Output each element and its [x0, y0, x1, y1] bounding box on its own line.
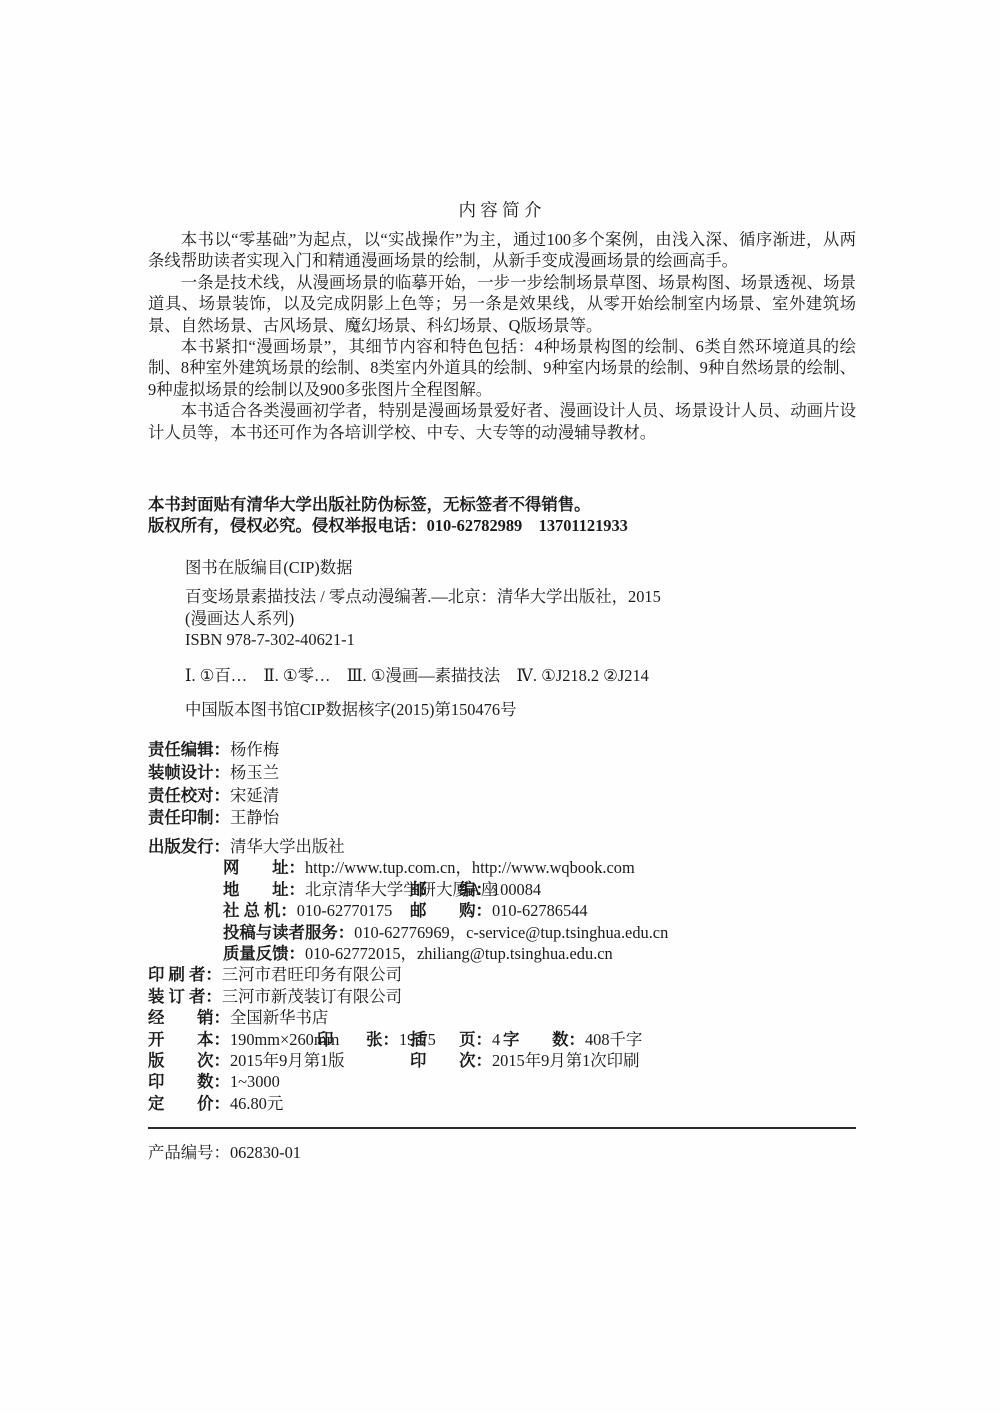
words-pair: 字 数：408千字	[503, 1029, 642, 1050]
product-number-row: 产品编号：062830-01	[148, 1139, 301, 1163]
inserts-value: 4	[492, 1030, 500, 1049]
zip-value: 100084	[492, 880, 541, 899]
switchboard-value: 010-62770175	[297, 901, 393, 920]
words-label: 字 数：	[503, 1030, 585, 1049]
staff-label: 责任校对：	[148, 786, 230, 805]
intro-paragraph-2: 一条是技术线，从漫画场景的临摹开始，一步一步绘制场景草图、场景构图、场景透视、场…	[148, 272, 856, 336]
edition-row: 版 次：2015年9月第1版 印 次：2015年9月第1次印刷	[148, 1050, 858, 1071]
switchboard-label: 社 总 机：	[223, 901, 297, 920]
copyright-page: 内 容 简 介 本书以“零基础”为起点，以“实战操作”为主，通过100多个案例，…	[0, 0, 1000, 1414]
cip-isbn-line: ISBN 978-7-302-40621-1	[185, 629, 661, 651]
staff-value: 杨玉兰	[230, 763, 279, 782]
zip-label: 邮 编：	[410, 880, 492, 899]
product-number-value: 062830-01	[230, 1143, 301, 1162]
inserts-label: 插 页：	[410, 1030, 492, 1049]
reader-service-row: 投稿与读者服务：010-62776969，c-service@tup.tsing…	[148, 922, 858, 943]
print-run-value: 1~3000	[230, 1072, 280, 1091]
cip-record-number: 中国版本图书馆CIP数据核字(2015)第150476号	[185, 696, 516, 720]
cip-series-line: (漫画达人系列)	[185, 608, 661, 630]
binder-label: 装 订 者：	[148, 987, 222, 1006]
price-label: 定 价：	[148, 1094, 230, 1113]
website-value: http://www.tup.com.cn，http://www.wqbook.…	[305, 858, 635, 877]
format-row: 开 本：190mm×260mm 印 张：19.75 插 页：4 字 数：408千…	[148, 1029, 858, 1050]
edition-label: 版 次：	[148, 1051, 230, 1070]
staff-value: 杨作梅	[230, 740, 279, 759]
cip-body: 百变场景素描技法 / 零点动漫编著.—北京：清华大学出版社，2015 (漫画达人…	[185, 586, 661, 651]
inserts-pair: 插 页：4	[410, 1029, 500, 1050]
switchboard-row: 社 总 机：010-62770175 邮 购：010-62786544	[148, 900, 858, 921]
publisher-label: 出版发行：	[148, 837, 230, 856]
content-intro-section: 本书以“零基础”为起点，以“实战操作”为主，通过100多个案例，由浅入深、循序渐…	[148, 229, 856, 443]
intro-paragraph-3: 本书紧扣“漫画场景”，其细节内容和特色包括：4种场景构图的绘制、6类自然环境道具…	[148, 336, 856, 400]
printer-value: 三河市君旺印务有限公司	[222, 965, 402, 984]
mailorder-pair: 邮 购：010-62786544	[410, 900, 588, 921]
print-run-label: 印 数：	[148, 1072, 230, 1091]
binder-value: 三河市新茂装订有限公司	[222, 987, 402, 1006]
staff-credits: 责任编辑：杨作梅 装帧设计：杨玉兰 责任校对：宋延清 责任印制：王静怡	[148, 739, 279, 830]
anti-piracy-notice: 本书封面贴有清华大学出版社防伪标签，无标签者不得销售。 版权所有，侵权必究。侵权…	[148, 494, 856, 536]
quality-feedback-row: 质量反馈：010-62772015，zhiliang@tup.tsinghua.…	[148, 943, 858, 964]
staff-row-print-supervisor: 责任印制：王静怡	[148, 807, 279, 830]
impression-value: 2015年9月第1次印刷	[492, 1051, 640, 1070]
price-row: 定 价：46.80元	[148, 1093, 858, 1114]
quality-feedback-value: 010-62772015，zhiliang@tup.tsinghua.edu.c…	[305, 944, 613, 963]
staff-row-editor: 责任编辑：杨作梅	[148, 739, 279, 762]
reader-service-label: 投稿与读者服务：	[223, 923, 354, 942]
quality-feedback-label: 质量反馈：	[223, 944, 305, 963]
zip-pair: 邮 编：100084	[410, 879, 541, 900]
cip-heading: 图书在版编目(CIP)数据	[185, 554, 353, 578]
publisher-name: 清华大学出版社	[230, 837, 345, 856]
mailorder-label: 邮 购：	[410, 901, 492, 920]
staff-row-proofreader: 责任校对：宋延清	[148, 785, 279, 808]
staff-value: 王静怡	[230, 808, 279, 827]
publication-details: 出版发行：清华大学出版社 网 址：http://www.tup.com.cn，h…	[148, 836, 858, 1114]
product-number-label: 产品编号：	[148, 1143, 230, 1162]
edition-value: 2015年9月第1版	[230, 1051, 345, 1070]
binder-row: 装 订 者：三河市新茂装订有限公司	[148, 986, 858, 1007]
price-value: 46.80元	[230, 1094, 283, 1113]
staff-label: 责任印制：	[148, 808, 230, 827]
page-title: 内 容 简 介	[0, 197, 1000, 222]
website-label: 网 址：	[223, 858, 305, 877]
cip-classification-line: Ⅰ. ①百… Ⅱ. ①零… Ⅲ. ①漫画—素描技法 Ⅳ. ①J218.2 ②J2…	[185, 662, 649, 686]
impression-label: 印 次：	[410, 1051, 492, 1070]
anti-counterfeit-line: 本书封面贴有清华大学出版社防伪标签，无标签者不得销售。	[148, 494, 856, 515]
sheets-label: 印 张：	[317, 1030, 399, 1049]
intro-paragraph-1: 本书以“零基础”为起点，以“实战操作”为主，通过100多个案例，由浅入深、循序渐…	[148, 229, 856, 272]
words-value: 408千字	[585, 1030, 642, 1049]
publisher-row: 出版发行：清华大学出版社	[148, 836, 858, 857]
reader-service-value: 010-62776969，c-service@tup.tsinghua.edu.…	[354, 923, 668, 942]
intro-paragraph-4: 本书适合各类漫画初学者，特别是漫画场景爱好者、漫画设计人员、场景设计人员、动画片…	[148, 400, 856, 443]
printer-row: 印 刷 者：三河市君旺印务有限公司	[148, 964, 858, 985]
distributor-value: 全国新华书店	[230, 1008, 328, 1027]
print-run-row: 印 数：1~3000	[148, 1071, 858, 1092]
mailorder-value: 010-62786544	[492, 901, 588, 920]
cip-title-line: 百变场景素描技法 / 零点动漫编著.—北京：清华大学出版社，2015	[185, 586, 661, 608]
address-row: 地 址：北京清华大学学研大厦A座 邮 编：100084	[148, 879, 858, 900]
impression-pair: 印 次：2015年9月第1次印刷	[410, 1050, 639, 1071]
format-label: 开 本：	[148, 1030, 230, 1049]
staff-row-designer: 装帧设计：杨玉兰	[148, 762, 279, 785]
staff-value: 宋延清	[230, 786, 279, 805]
website-row: 网 址：http://www.tup.com.cn，http://www.wqb…	[148, 857, 858, 878]
footer-divider	[148, 1127, 856, 1129]
staff-label: 责任编辑：	[148, 740, 230, 759]
address-label: 地 址：	[223, 880, 305, 899]
distributor-row: 经 销：全国新华书店	[148, 1007, 858, 1028]
staff-label: 装帧设计：	[148, 763, 230, 782]
printer-label: 印 刷 者：	[148, 965, 222, 984]
copyright-hotline-line: 版权所有，侵权必究。侵权举报电话：010-62782989 1370112193…	[148, 515, 856, 536]
distributor-label: 经 销：	[148, 1008, 230, 1027]
